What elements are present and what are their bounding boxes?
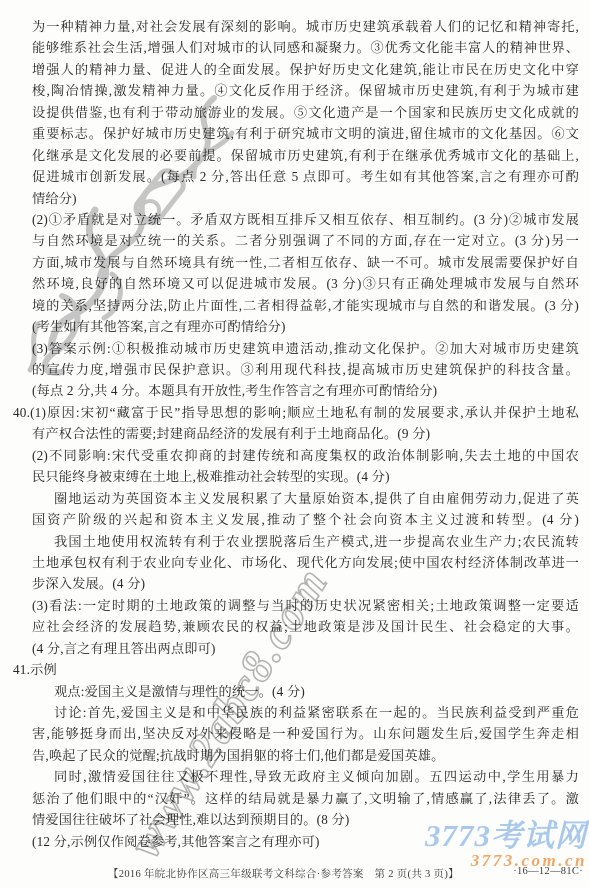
answer-line: 促进城市创新发展。(每点 2 分,答出任意 5 点即可。考生如有其他答案,言之有… bbox=[32, 166, 579, 187]
answer-line: 的宣传力度,增强市民保护意识。③利用现代科技,提高城市历史建筑保护的科技含量。 bbox=[32, 359, 579, 380]
answer-line: 能够维系社会生活,增强人们对城市的认同感和凝聚力。③优秀文化能丰富人的精神世界、 bbox=[32, 37, 579, 58]
answer-line: 重要标志。保护好城市历史建筑,有利于研究城市文明的演进,留住城市的文化基因。⑥文 bbox=[32, 123, 579, 144]
answer-line: 害,能够挺身而出,坚决反对外来侵略是一种爱国行为。山东问题发生后,爱国学生奔走相 bbox=[32, 723, 579, 744]
answer-line: (4 分,言之有理且答出两点即可) bbox=[32, 638, 579, 659]
answer-line: 设提供借鉴,也有利于带动旅游业的发展。⑤文化遗产是一个国家和民族历史文化成就的 bbox=[32, 102, 579, 123]
answer-line: 民只能终身被束缚在土地上,极难推动社会转型的实现。(4 分) bbox=[32, 466, 579, 487]
answer-line: 观点:爱国主义是激情与理性的统一。(4 分) bbox=[32, 681, 579, 702]
answer-line: (每点 2 分,共 4 分。本题具有开放性,考生作答言之有理亦可酌情给分) bbox=[32, 380, 579, 401]
answer-line: 梭,陶冶情操,激发精神力量。④文化反作用于经济。保留城市历史建筑,有利于为城市建 bbox=[32, 80, 579, 101]
answer-line: 同时,激情爱国往往又极不理性,导致无政府主义倾向加剧。五四运动中,学生用暴力 bbox=[32, 766, 579, 787]
answer-line: 为一种精神力量,对社会发展有深刻的影响。城市历史建筑承载着人们的记忆和精神寄托, bbox=[32, 16, 579, 37]
answer-line: 情给分) bbox=[32, 188, 579, 209]
answer-line: (3)看法:一定时期的土地政策的调整与当时的历史状况紧密相关;土地政策调整一定要… bbox=[32, 595, 579, 616]
answer-line: 步深入发展。(4 分) bbox=[32, 573, 579, 594]
answer-line-q41: 41.示例 bbox=[13, 659, 579, 680]
answer-line: (考生如有其他答案,言之有理亦可酌情给分) bbox=[32, 316, 579, 337]
scanned-answer-page: www.2abc8.com 为一种精神力量,对社会发展有深刻的影响。城市历史建筑… bbox=[0, 0, 589, 887]
answer-text-block: 为一种精神力量,对社会发展有深刻的影响。城市历史建筑承载着人们的记忆和精神寄托,… bbox=[0, 0, 589, 852]
answer-line: 惩治了他们眼中的“汉奸”。这样的结局就是暴力赢了,文明输了,情感赢了,法律丢了。… bbox=[32, 788, 579, 809]
answer-line: 圈地运动为英国资本主义发展积累了大量原始资本,提供了自由雇佣劳动力,促进了英 bbox=[32, 488, 579, 509]
answer-line: 应社会经济的发展趋势,兼顾农民的权益;土地政策是涉及国计民生、社会稳定的大事。 bbox=[32, 616, 579, 637]
answer-line: 化继承是文化发展的必要前提。保留城市历史建筑,有利于在继承优秀城市文化的基础上, bbox=[32, 145, 579, 166]
answer-line: 有产权合法性的需要;封建商品经济的发展有利于土地商品化。(9 分) bbox=[32, 423, 579, 444]
answer-line: 国资产阶级的兴起和资本主义发展,推动了整个社会向资本主义过渡和转型。(4 分) bbox=[32, 509, 579, 530]
footer-caption: 【2016 年皖北协作区高三年级联考文科综合·参考答案 第 2 页(共 3 页)… bbox=[108, 866, 459, 881]
answer-line: 讨论:首先,爱国主义是和中华民族的利益紧密联系在一起的。当民族利益受到严重危 bbox=[32, 702, 579, 723]
answer-line: 与自然环境是对立统一的关系。二者分别强调了不同的方面,存在一定对立。(3 分)另… bbox=[32, 230, 579, 251]
site-logo-title: 3773考试网 bbox=[425, 820, 587, 851]
answer-line: 方面,城市发展与自然环境具有统一性,二者相互依存、缺一不可。城市发展需要保护好自 bbox=[32, 252, 579, 273]
answer-line: 我国土地使用权流转有利于农业摆脱落后生产模式,进一步提高农业生产力;农民流转 bbox=[32, 531, 579, 552]
answer-line: (3)答案示例:①积极推动城市历史建筑申遗活动,推动文化保护。②加大对城市历史建… bbox=[32, 338, 579, 359]
answer-line: 境的关系,坚持两分法,防止片面性,二者相得益彰,才能实现城市与自然的和谐发展。(… bbox=[32, 295, 579, 316]
answer-line: (2)①矛盾就是对立统一。矛盾双方既相互排斥又相互依存、相互制约。(3 分)②城… bbox=[32, 209, 579, 230]
answer-line: 告,唤起了民众的觉醒;抗战时期为国捐躯的将士们,他们都是爱国英雄。 bbox=[32, 745, 579, 766]
answer-line: 土地承包权有利于农业向专业化、市场化、现代化方向发展;使中国农村经济体制改革进一 bbox=[32, 552, 579, 573]
site-logo: 3773考试网 3773.com.cn bbox=[425, 820, 587, 869]
answer-line: 增强人的精神力量、促进人的全面发展。保护好历史文化建筑,能让市民在历史文化中穿 bbox=[32, 59, 579, 80]
page-footer: 【2016 年皖北协作区高三年级联考文科综合·参考答案 第 2 页(共 3 页)… bbox=[0, 866, 589, 881]
footer-code: ·16—12—81C· bbox=[513, 866, 583, 881]
answer-line-q40: 40.(1)原因:宋初“藏富于民”指导思想的影响;顺应土地私有制的发展要求,承认… bbox=[13, 402, 579, 423]
answer-line: 然环境,良好的自然环境又可以促进城市发展。(3 分)③只有正确处理城市发展与自然… bbox=[32, 273, 579, 294]
answer-line: (2)不同影响:宋代受重农抑商的封建传统和高度集权的政治体制影响,失去土地的中国… bbox=[32, 445, 579, 466]
